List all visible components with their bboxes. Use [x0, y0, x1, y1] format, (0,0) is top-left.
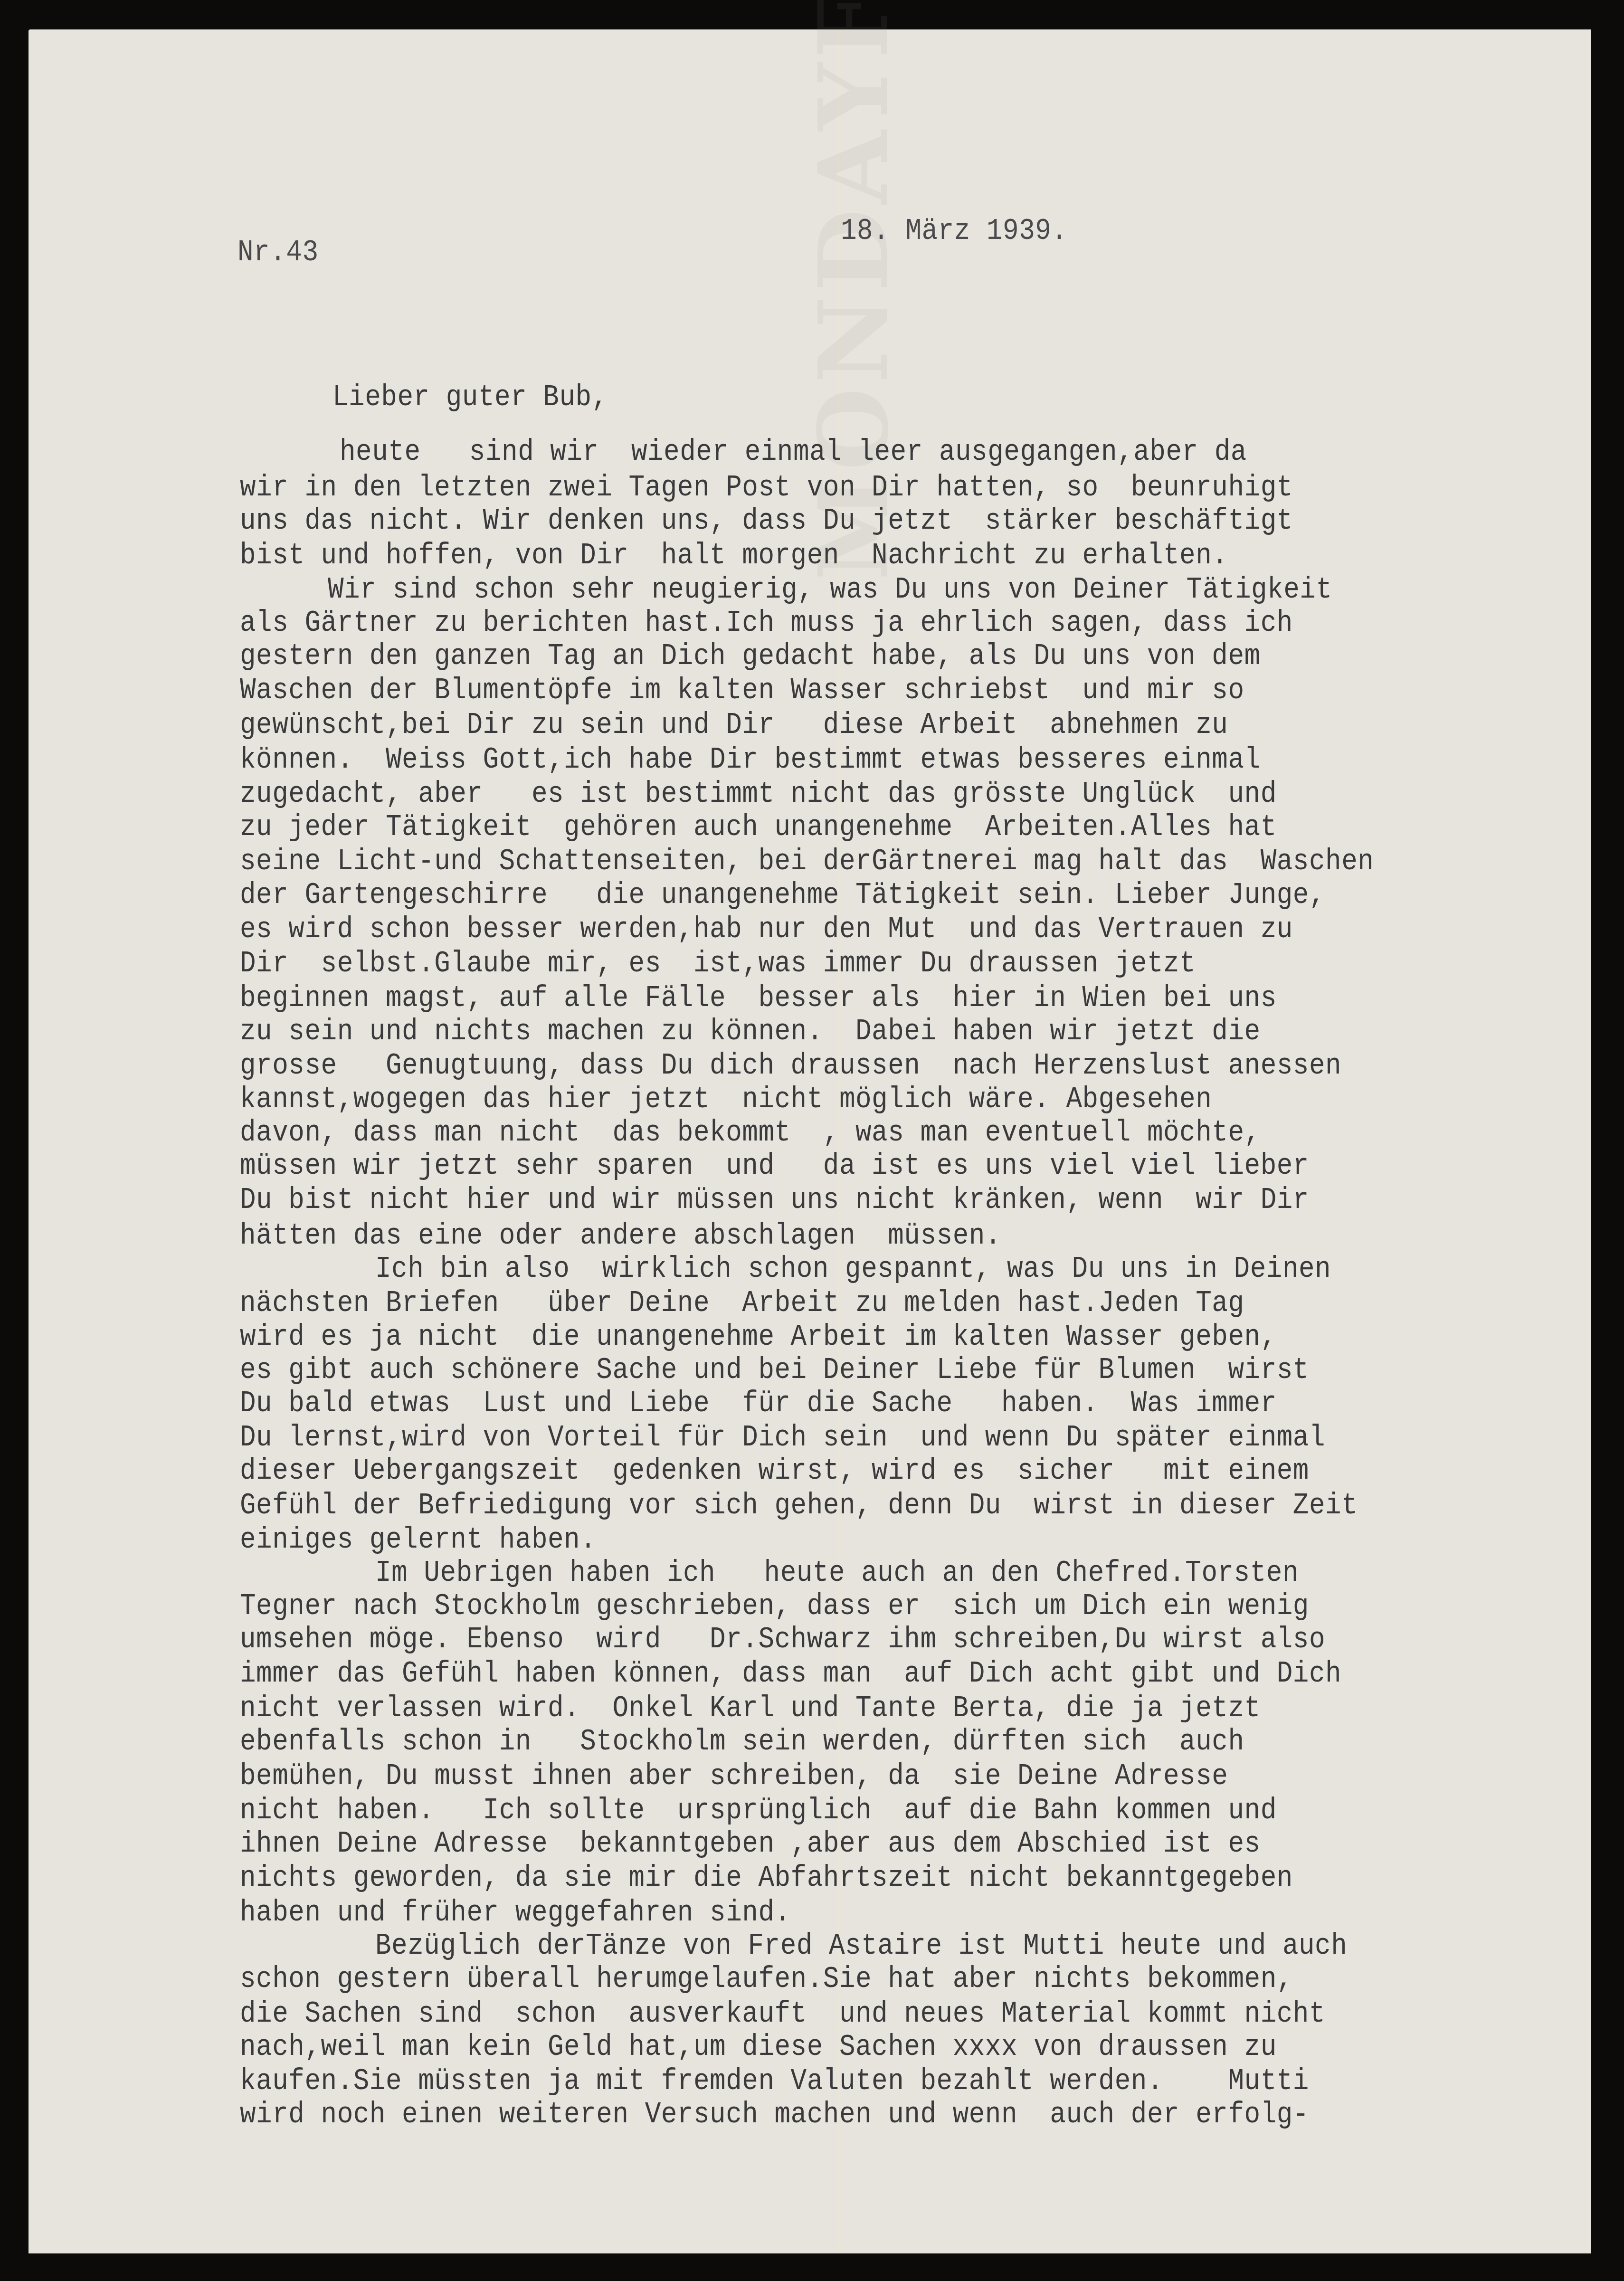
letter-line: nach,weil man kein Geld hat,um diese Sac…: [240, 2032, 1277, 2062]
letter-line: Ich bin also wirklich schon gespannt, wa…: [375, 1254, 1331, 1284]
letter-line: gestern den ganzen Tag an Dich gedacht h…: [240, 641, 1261, 671]
letter-line: nicht verlassen wird. Onkel Karl und Tan…: [240, 1693, 1261, 1723]
letter-line: Im Uebrigen haben ich heute auch an den …: [375, 1558, 1299, 1588]
letter-line: Dir selbst.Glaube mir, es ist,was immer …: [240, 949, 1196, 979]
letter-line: bemühen, Du musst ihnen aber schreiben, …: [240, 1761, 1228, 1791]
letter-line: wird es ja nicht die unangenehme Arbeit …: [240, 1322, 1277, 1352]
letter-line: es wird schon besser werden,hab nur den …: [240, 914, 1293, 944]
letter-line: wird noch einen weiteren Versuch machen …: [240, 2100, 1309, 2129]
letter-line: nächsten Briefen über Deine Arbeit zu me…: [240, 1288, 1244, 1318]
letter-line: die Sachen sind schon ausverkauft und ne…: [240, 1999, 1325, 2029]
letter-line: bist und hoffen, von Dir halt morgen Nac…: [240, 541, 1228, 570]
letter-line: zu jeder Tätigkeit gehören auch unangene…: [240, 812, 1277, 842]
letter-line: davon, dass man nicht das bekommt , was …: [240, 1118, 1261, 1148]
letter-line: zugedacht, aber es ist bestimmt nicht da…: [240, 779, 1277, 809]
letter-line: zu sein und nichts machen zu können. Dab…: [240, 1017, 1261, 1046]
letter-line: können. Weiss Gott,ich habe Dir bestimmt…: [240, 745, 1261, 775]
letter-line: Wir sind schon sehr neugierig, was Du un…: [328, 575, 1332, 605]
letter-line: Tegner nach Stockholm geschrieben, dass …: [240, 1591, 1309, 1621]
letter-line: kaufen.Sie müssten ja mit fremden Valute…: [240, 2066, 1309, 2096]
letter-line: Du bald etwas Lust und Liebe für die Sac…: [240, 1388, 1277, 1418]
letter-line: als Gärtner zu berichten hast.Ich muss j…: [240, 608, 1293, 638]
letter-line: Bezüglich derTänze von Fred Astaire ist …: [375, 1931, 1347, 1961]
letter-line: schon gestern überall herumgelaufen.Sie …: [240, 1964, 1293, 1994]
letter-salutation: Lieber guter Bub,: [332, 382, 608, 412]
letter-line: ebenfalls schon in Stockholm sein werden…: [240, 1727, 1244, 1757]
letter-line: heute sind wir wieder einmal leer ausgeg…: [340, 437, 1247, 467]
letter-line: nichts geworden, da sie mir die Abfahrts…: [240, 1863, 1293, 1893]
letter-line: nicht haben. Ich sollte ursprünglich auf…: [240, 1796, 1277, 1825]
letter-line: dieser Uebergangszeit gedenken wirst, wi…: [240, 1456, 1309, 1486]
letter-line: seine Licht-und Schattenseiten, bei derG…: [240, 846, 1374, 876]
letter-line: immer das Gefühl haben können, dass man …: [240, 1659, 1341, 1689]
letter-line: ihnen Deine Adresse bekanntgeben ,aber a…: [240, 1829, 1261, 1859]
letter-line: Gefühl der Befriedigung vor sich gehen, …: [240, 1491, 1358, 1521]
letter-line: wir in den letzten zwei Tagen Post von D…: [240, 473, 1293, 503]
letter-line: Waschen der Blumentöpfe im kalten Wasser…: [240, 675, 1244, 705]
letter-line: hätten das eine oder andere abschlagen m…: [240, 1221, 1001, 1251]
letter-line: Du lernst,wird von Vorteil für Dich sein…: [240, 1423, 1325, 1453]
letter-line: es gibt auch schönere Sache und bei Dein…: [240, 1355, 1309, 1385]
letter-line: grosse Genugtuung, dass Du dich draussen…: [240, 1051, 1341, 1081]
letter-number: Nr.43: [237, 238, 319, 267]
letter-line: gewünscht,bei Dir zu sein und Dir diese …: [240, 710, 1228, 740]
letter-line: kannst,wogegen das hier jetzt nicht mögl…: [240, 1084, 1212, 1114]
letter-line: Du bist nicht hier und wir müssen uns ni…: [240, 1185, 1309, 1215]
letter-line: uns das nicht. Wir denken uns, dass Du j…: [240, 506, 1293, 536]
letter-line: der Gartengeschirre die unangenehme Täti…: [240, 880, 1325, 910]
letter-line: einiges gelernt haben.: [240, 1525, 596, 1555]
letter-date: 18. März 1939.: [841, 216, 1067, 246]
letter-line: haben und früher weggefahren sind.: [240, 1898, 791, 1928]
letter-line: umsehen möge. Ebenso wird Dr.Schwarz ihm…: [240, 1625, 1325, 1654]
letter-line: müssen wir jetzt sehr sparen und da ist …: [240, 1151, 1309, 1181]
letter-line: beginnen magst, auf alle Fälle besser al…: [240, 983, 1277, 1013]
